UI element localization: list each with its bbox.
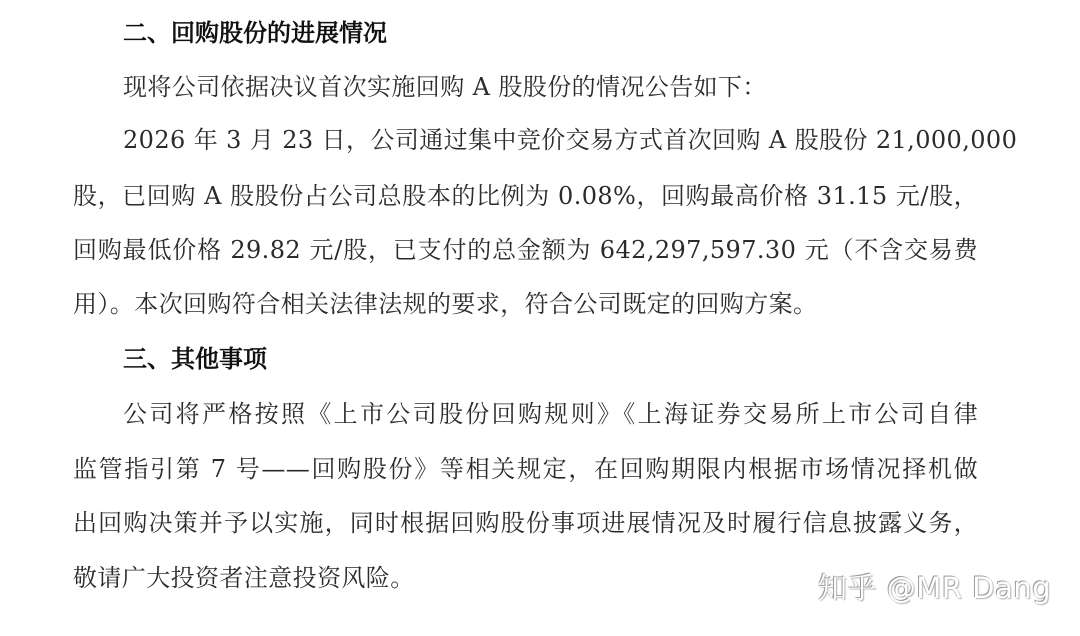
paragraph-line: 公司将严格按照《上市公司股份回购规则》《上海证券交易所上市公司自律 xyxy=(123,394,978,434)
section-heading-other-matters: 三、其他事项 xyxy=(123,339,267,379)
section-heading-progress: 二、回购股份的进展情况 xyxy=(123,13,387,53)
paragraph-line: 监管指引第 7 号——回购股份》等相关规定，在回购期限内根据市场情况择机做 xyxy=(73,449,978,489)
paragraph-line: 现将公司依据决议首次实施回购 A 股股份的情况公告如下： xyxy=(123,67,978,107)
paragraph-line: 出回购决策并予以实施，同时根据回购股份事项进展情况及时履行信息披露义务， xyxy=(73,503,978,543)
paragraph-line: 股，已回购 A 股股份占公司总股本的比例为 0.08%，回购最高价格 31.15… xyxy=(73,176,978,216)
paragraph-line: 2026 年 3 月 23 日，公司通过集中竞价交易方式首次回购 A 股股份 2… xyxy=(123,120,978,160)
zhihu-watermark: 知乎 @MR Dang xyxy=(818,566,1051,607)
paragraph-line: 用）。本次回购符合相关法律法规的要求，符合公司既定的回购方案。 xyxy=(73,284,978,324)
paragraph-line: 回购最低价格 29.82 元/股，已支付的总金额为 642,297,597.30… xyxy=(73,230,978,270)
